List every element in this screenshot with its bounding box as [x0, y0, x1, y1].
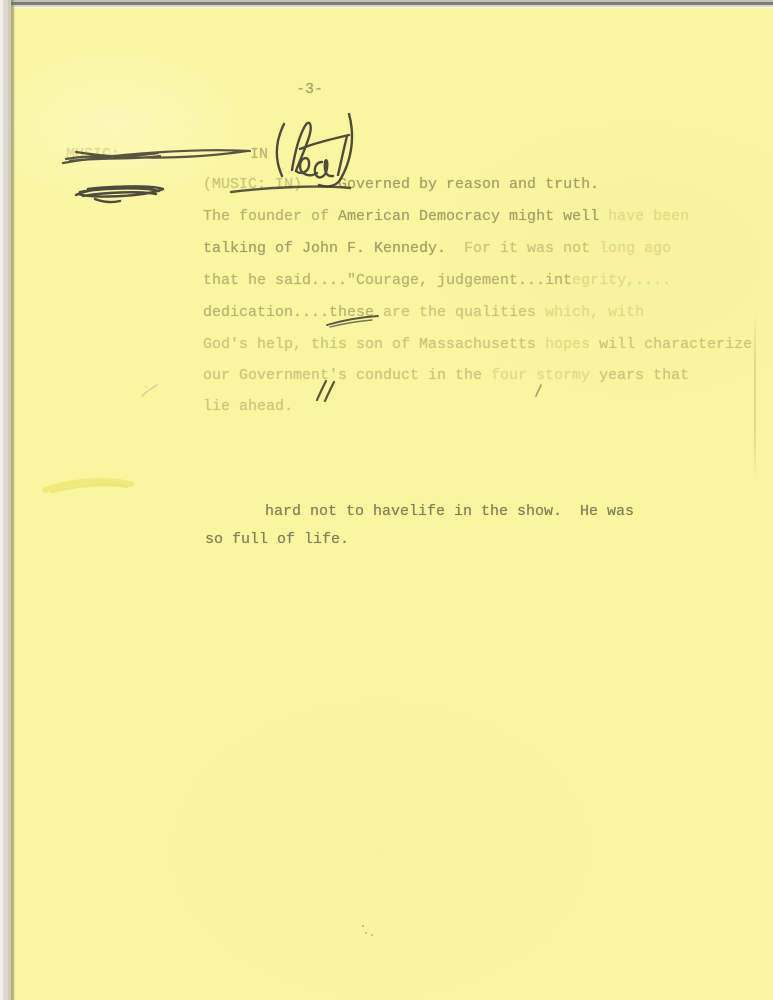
typescript-line: our Government's conduct in the four sto…	[203, 368, 689, 383]
typescript-segment: four stormy	[491, 367, 599, 384]
typescript-segment: hard not to havelife in the show. He was	[265, 503, 634, 520]
typescript-segment: years that	[599, 367, 689, 384]
typescript-line: (MUSIC: IN) Governed by reason and truth…	[203, 177, 599, 192]
typescript-line: dedication....these are the qualities wh…	[203, 305, 644, 320]
typescript-segment: talking of John F. Kennedy.	[203, 240, 464, 257]
typescript-segment: our Government's conduct in the	[203, 367, 491, 384]
typescript-segment: have been	[608, 208, 689, 225]
typescript-line: lie ahead.	[203, 399, 293, 414]
typescript-segment: will characterize	[599, 336, 752, 353]
typescript-segment: -3-	[296, 81, 323, 98]
typescript-line: so full of life.	[205, 532, 349, 547]
typescript-segment: (MUSIC: IN)	[203, 176, 338, 193]
typescript-segment: long ago	[599, 240, 671, 257]
typescript-layer: -3-MUSIC:IN(MUSIC: IN) Governed by reaso…	[0, 0, 773, 1000]
typescript-segment: American Democracy might well	[338, 208, 608, 225]
typescript-segment: which, with	[545, 304, 644, 321]
typescript-segment: For it was not	[464, 240, 599, 257]
typescript-line: hard not to havelife in the show. He was	[265, 504, 634, 519]
scanned-typescript-page: { "page": { "number": "-3-", "paper_colo…	[0, 0, 773, 1000]
typescript-segment: that he said...."Courage, judgement...in…	[203, 272, 572, 289]
typescript-line: IN	[250, 147, 268, 162]
typescript-segment: lie ahead.	[203, 398, 293, 415]
typescript-segment: MUSIC:	[66, 146, 120, 163]
typescript-segment: The founder of	[203, 208, 338, 225]
typescript-line: -3-	[296, 82, 323, 97]
typescript-segment: so full of life.	[205, 531, 349, 548]
typescript-segment: dedication....these	[203, 304, 374, 321]
typescript-segment: Governed by reason and truth.	[338, 176, 599, 193]
typescript-line: that he said...."Courage, judgement...in…	[203, 273, 671, 288]
typescript-line: MUSIC:	[66, 147, 120, 162]
typescript-segment: are the qualities	[374, 304, 545, 321]
typescript-segment: IN	[250, 146, 268, 163]
typescript-segment: God's help, this son of Massachusetts	[203, 336, 545, 353]
typescript-line: The founder of American Democracy might …	[203, 209, 689, 224]
typescript-segment: hopes	[545, 336, 599, 353]
typescript-line: talking of John F. Kennedy. For it was n…	[203, 241, 671, 256]
typescript-segment: egrity,....	[572, 272, 671, 289]
typescript-line: God's help, this son of Massachusetts ho…	[203, 337, 752, 352]
